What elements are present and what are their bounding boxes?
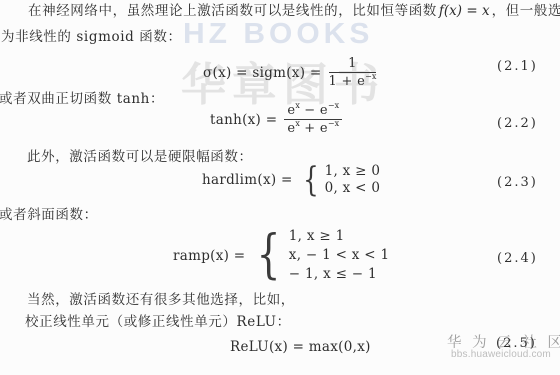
equation-lhs: tanh(x) =: [210, 112, 277, 128]
exponent: −x: [328, 101, 339, 110]
piecewise-cases: 1, x ≥ 1 x, − 1 < x < 1 − 1, x ≤ − 1: [289, 227, 390, 284]
paragraph-2: 或者双曲正切函数 tanh：: [0, 92, 164, 107]
inline-math-identity-function: f(x) = x: [439, 3, 490, 19]
equation-hardlim: hardlim(x) = { 1, x ≥ 0 0, x < 0: [202, 163, 380, 197]
fraction-denominator: ex + e−x: [287, 120, 339, 136]
paragraph-text: ，但一般选: [492, 3, 560, 19]
equation-ramp: ramp(x) = { 1, x ≥ 1 x, − 1 < x < 1 − 1,…: [173, 227, 389, 284]
paragraph-1-line-2: 为非线性的 sigmoid 函数：: [1, 30, 182, 45]
exponent: −x: [328, 119, 339, 128]
equation-number-2-3: (2.3): [497, 175, 538, 190]
fraction-numerator: ex − e−x: [284, 103, 342, 120]
equation-lhs: ramp(x) =: [173, 248, 245, 264]
equation-number-2-1: (2.1): [497, 59, 538, 74]
paragraph-4: 或者斜面函数：: [0, 208, 98, 223]
case-line: x, − 1 < x < 1: [289, 246, 390, 265]
equation-lhs: σ(x) = sigm(x) =: [203, 65, 322, 81]
hz-books-watermark: HZ BOOKS: [183, 20, 373, 49]
fraction: ex − e−x ex + e−x: [284, 103, 342, 136]
fraction-numerator: 1: [329, 56, 377, 73]
term: + e: [300, 121, 328, 136]
left-brace: {: [303, 165, 319, 196]
equation-lhs: hardlim(x) =: [202, 172, 293, 188]
paragraph-1-line-1: 在神经网络中，虽然理论上激活函数可以是线性的，比如恒等函数f(x) = x，但一…: [28, 4, 560, 19]
exponent: −x: [365, 72, 376, 81]
equation-number-2-4: (2.4): [497, 251, 538, 266]
equation-body: ReLU(x) = max(0,x): [230, 339, 371, 355]
case-line: 1, x ≥ 0: [325, 163, 381, 180]
left-brace: {: [257, 232, 281, 279]
denominator-base: 1 + e: [329, 74, 366, 89]
fraction-denominator: 1 + e−x: [329, 73, 377, 89]
equation-tanh: tanh(x) = ex − e−x ex + e−x: [210, 103, 342, 136]
case-line: 0, x < 0: [325, 180, 381, 197]
paragraph-5-line-2: 校正线性单元（或修正线性单元）ReLU：: [25, 315, 291, 330]
equation-number-2-5: (2.5): [496, 336, 537, 351]
equation-relu: ReLU(x) = max(0,x): [230, 339, 371, 355]
scanned-document-page: HZ BOOKS 华章图书 华 为 云 社 区 bbs.huaweicloud.…: [0, 0, 560, 375]
term: − e: [300, 103, 328, 118]
paragraph-5-line-1: 当然，激活函数还有很多其他选择，比如，: [27, 293, 295, 308]
equation-number-2-2: (2.2): [497, 116, 538, 131]
paragraph-text: 在神经网络中，虽然理论上激活函数可以是线性的，比如恒等函数: [28, 3, 437, 19]
case-line: 1, x ≥ 1: [289, 227, 390, 246]
fraction: 1 1 + e−x: [329, 56, 377, 89]
piecewise-cases: 1, x ≥ 0 0, x < 0: [325, 163, 381, 197]
equation-sigmoid: σ(x) = sigm(x) = 1 1 + e−x: [203, 56, 376, 89]
case-line: − 1, x ≤ − 1: [289, 265, 390, 284]
